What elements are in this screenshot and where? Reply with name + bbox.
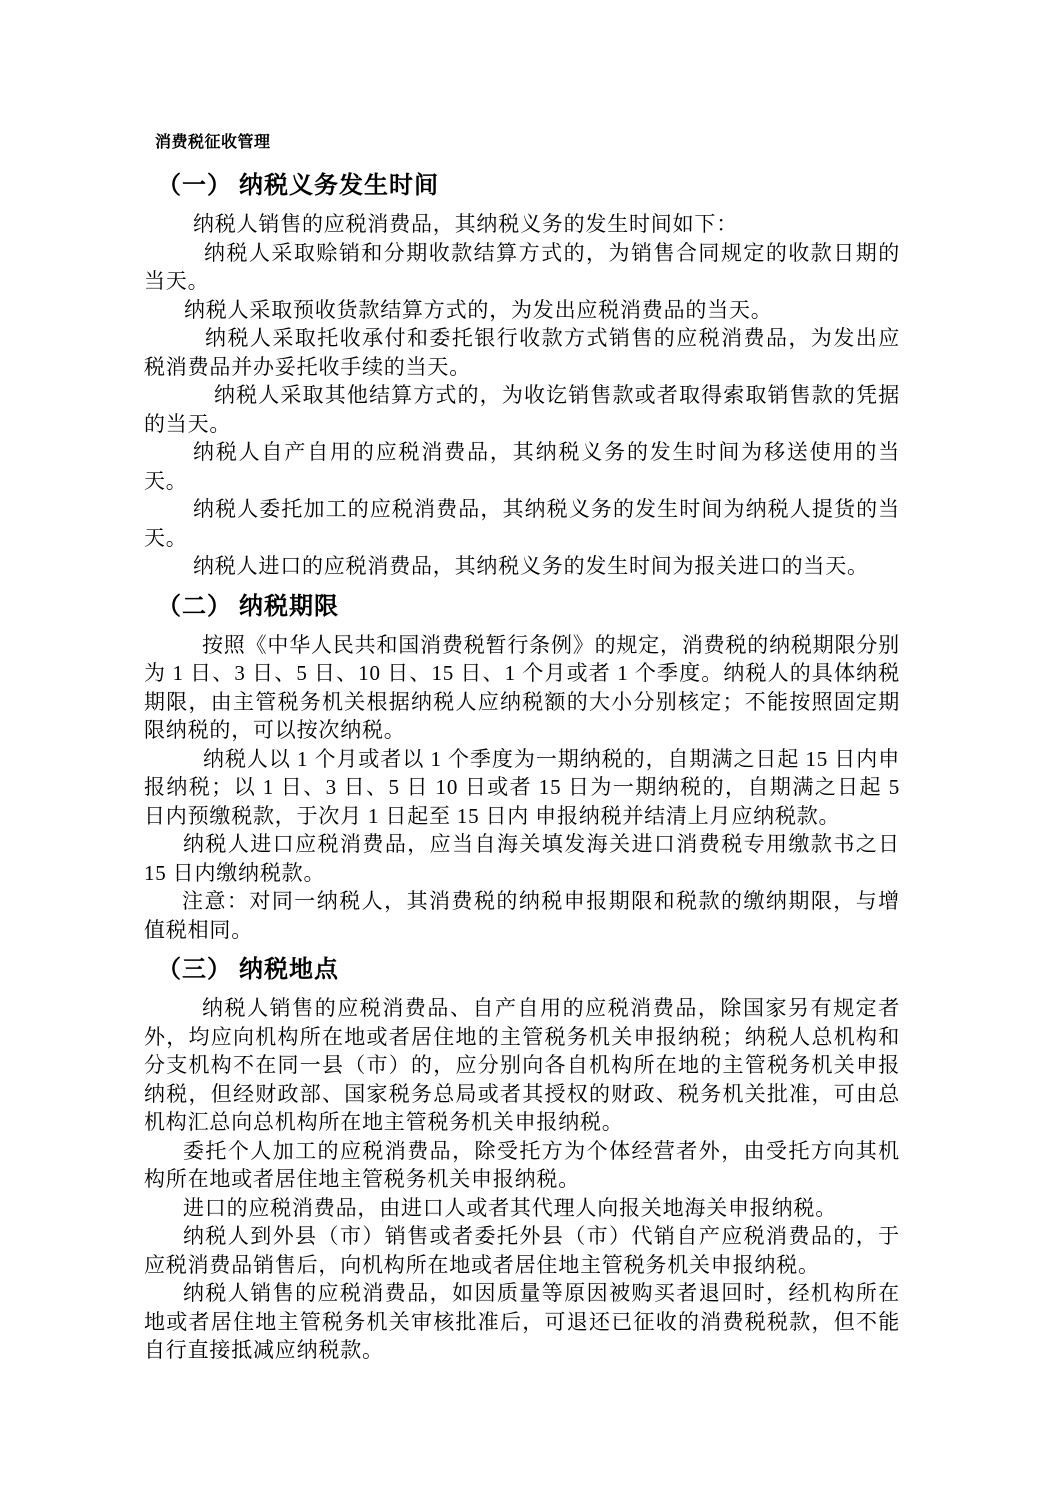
paragraph: 注意：对同一纳税人，其消费税的纳税申报期限和税款的缴纳期限，与增值税相同。 <box>144 887 900 944</box>
paragraph: 纳税人委托加工的应税消费品，其纳税义务的发生时间为纳税人提货的当天。 <box>144 495 900 552</box>
paragraph: 委托个人加工的应税消费品，除受托方为个体经营者外，由受托方向其机构所在地或者居住… <box>144 1137 900 1194</box>
paragraph: 纳税人采取托收承付和委托银行收款方式销售的应税消费品，为发出应税消费品并办妥托收… <box>144 324 900 381</box>
paragraph: 进口的应税消费品，由进口人或者其代理人向报关地海关申报纳税。 <box>144 1194 900 1223</box>
paragraph: 纳税人进口的应税消费品，其纳税义务的发生时间为报关进口的当天。 <box>144 552 900 581</box>
paragraph: 纳税人自产自用的应税消费品，其纳税义务的发生时间为移送使用的当天。 <box>144 438 900 495</box>
paragraph: 纳税人销售的应税消费品、自产自用的应税消费品，除国家另有规定者外，均应向机构所在… <box>144 994 900 1137</box>
paragraph: 纳税人进口应税消费品，应当自海关填发海关进口消费税专用缴款书之日15 日内缴纳税… <box>144 830 900 887</box>
paragraph: 纳税人销售的应税消费品，其纳税义务的发生时间如下： <box>144 210 900 239</box>
paragraph: 纳税人采取预收货款结算方式的，为发出应税消费品的当天。 <box>144 296 900 325</box>
paragraph: 纳税人采取其他结算方式的，为收讫销售款或者取得索取销售款的凭据的当天。 <box>144 381 900 438</box>
paragraph: 纳税人采取赊销和分期收款结算方式的，为销售合同规定的收款日期的当天。 <box>144 239 900 296</box>
section-tax-period: （二） 纳税期限 按照《中华人民共和国消费税暂行条例》的规定，消费税的纳税期限分… <box>144 590 900 945</box>
section-tax-obligation-time: （一） 纳税义务发生时间 纳税人销售的应税消费品，其纳税义务的发生时间如下： 纳… <box>144 169 900 581</box>
paragraph: 纳税人以 1 个月或者以 1 个季度为一期纳税的，自期满之日起 15 日内申报纳… <box>144 745 900 831</box>
section-3-heading: （三） 纳税地点 <box>157 953 900 987</box>
paragraph: 按照《中华人民共和国消费税暂行条例》的规定，消费税的纳税期限分别为 1 日、3 … <box>144 631 900 745</box>
paragraph: 纳税人到外县（市）销售或者委托外县（市）代销自产应税消费品的，于应税消费品销售后… <box>144 1222 900 1279</box>
section-tax-location: （三） 纳税地点 纳税人销售的应税消费品、自产自用的应税消费品，除国家另有规定者… <box>144 953 900 1365</box>
section-2-heading: （二） 纳税期限 <box>157 590 900 624</box>
paragraph: 纳税人销售的应税消费品，如因质量等原因被购买者退回时，经机构所在地或者居住地主管… <box>144 1279 900 1365</box>
document-title: 消费税征收管理 <box>155 134 900 152</box>
section-1-heading: （一） 纳税义务发生时间 <box>157 169 900 203</box>
document-page: 消费税征收管理 （一） 纳税义务发生时间 纳税人销售的应税消费品，其纳税义务的发… <box>0 0 1059 1497</box>
